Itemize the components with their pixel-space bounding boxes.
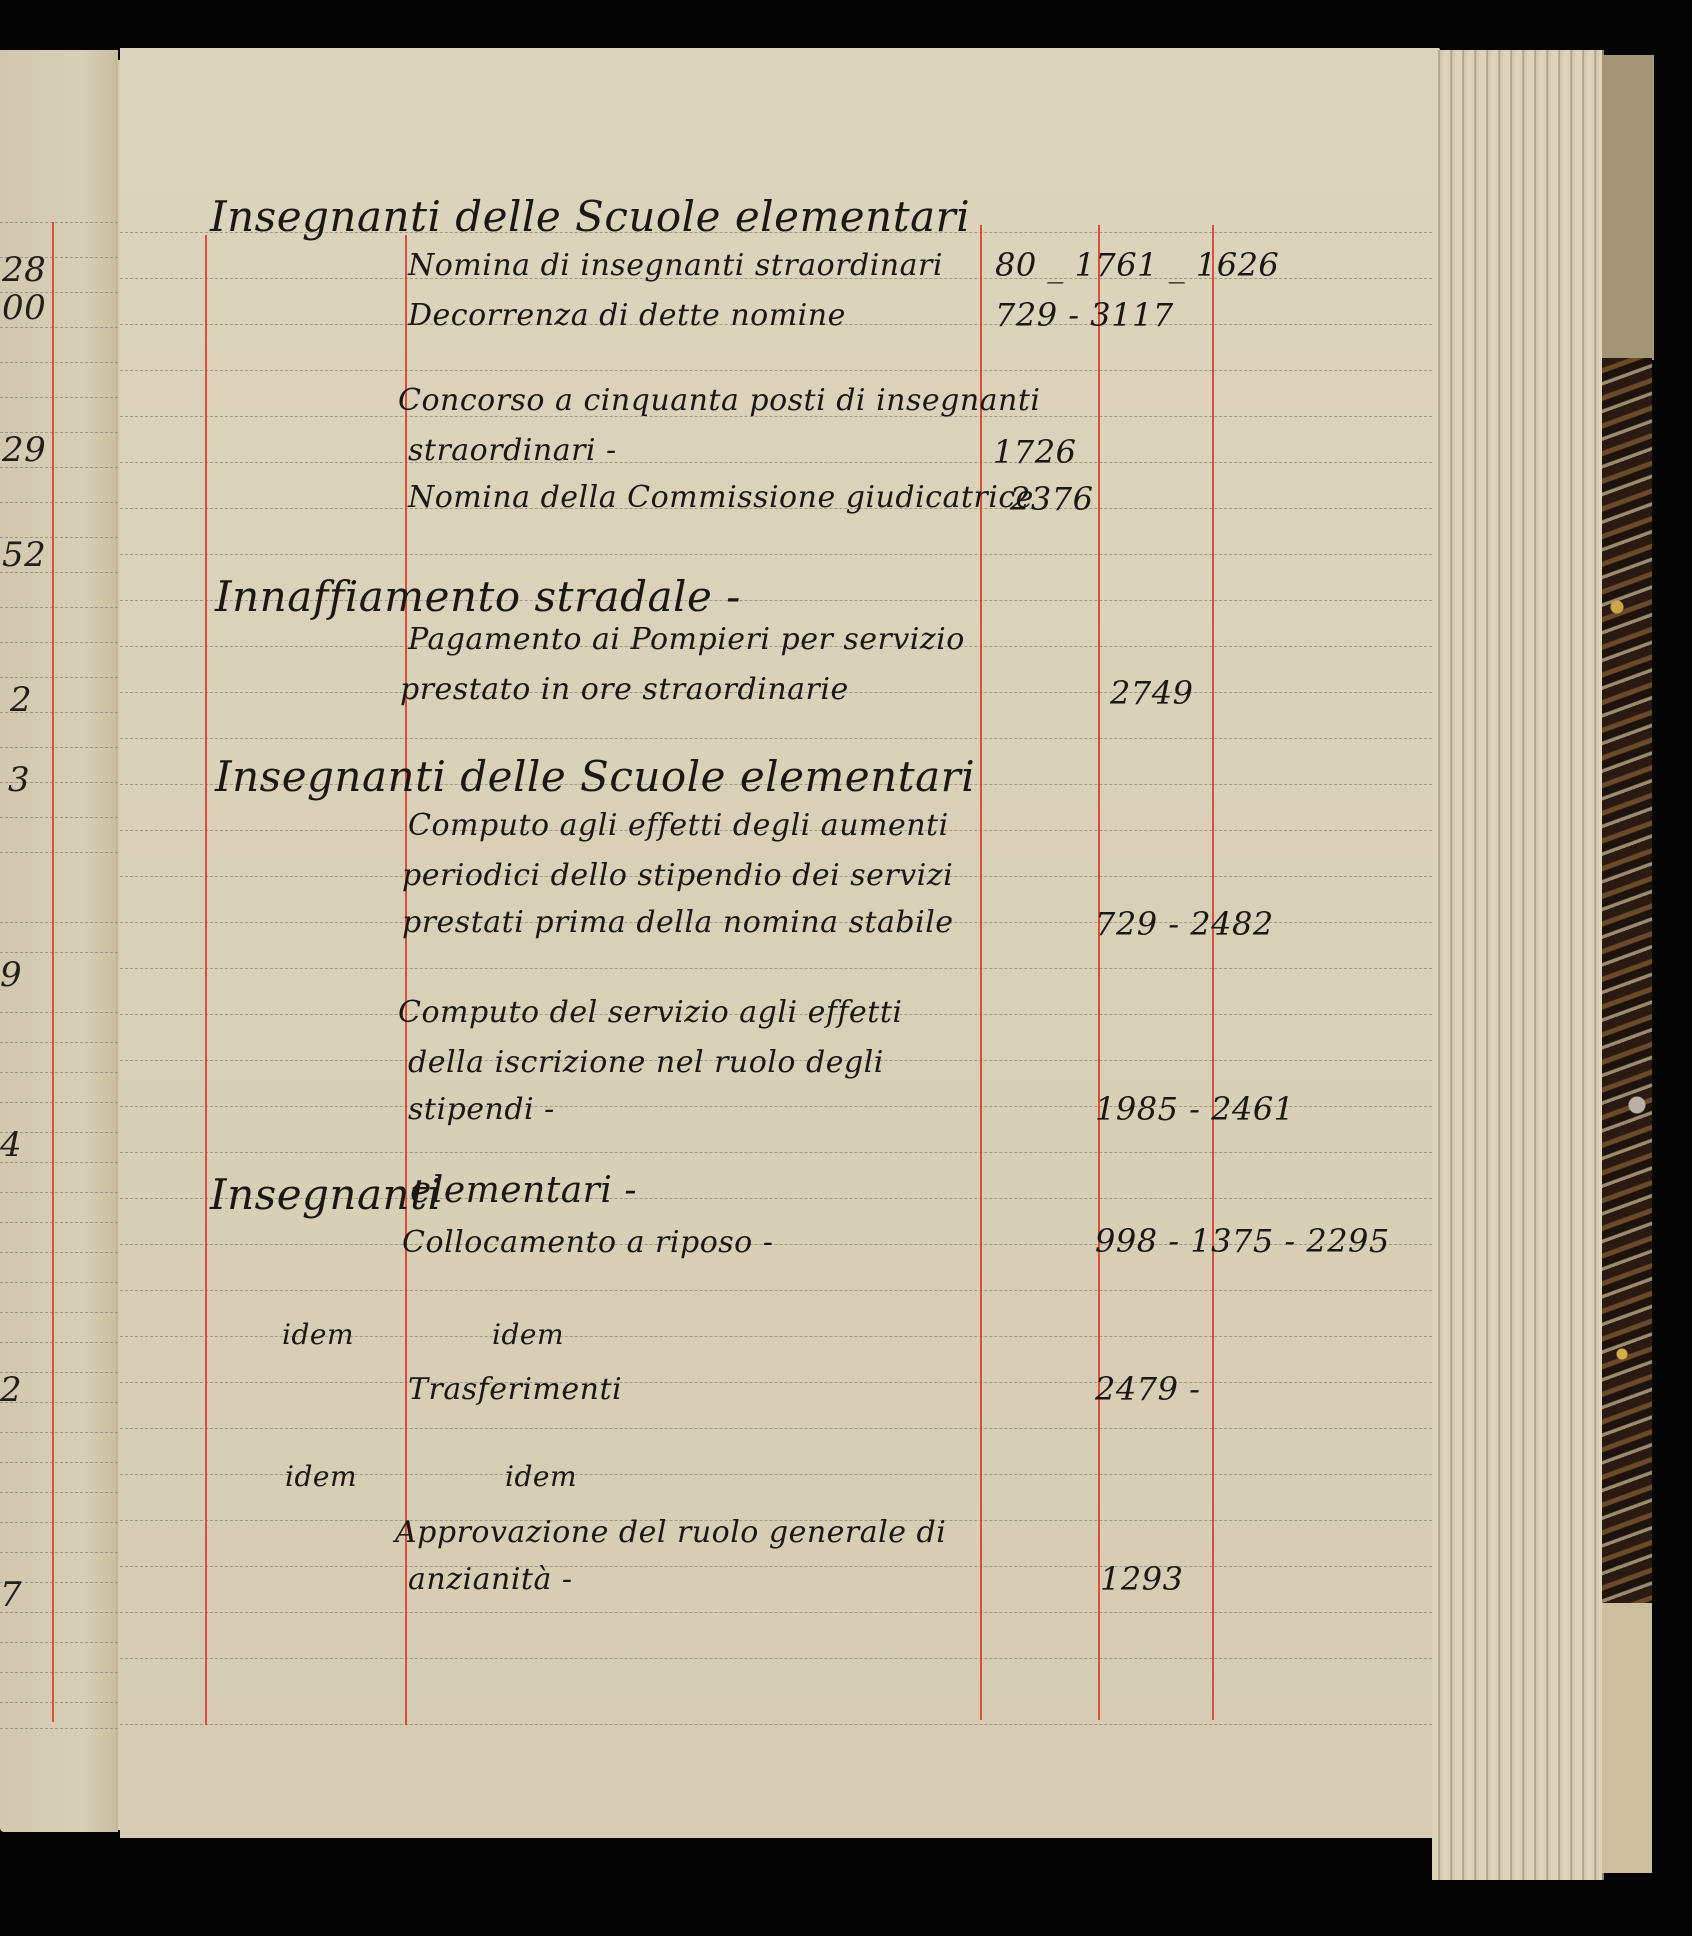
entry-subject-continuation-idem: idem [505, 1460, 577, 1493]
entry-subject-heading: Insegnanti [210, 1170, 441, 1219]
ruled-line [0, 1342, 118, 1343]
ruled-line [0, 852, 118, 853]
left-margin-number: 28 [2, 250, 46, 290]
ruled-line [0, 1432, 118, 1433]
ruled-line [0, 397, 118, 398]
entry-item-text: anzianità - [408, 1562, 573, 1597]
left-margin-number: 4 [0, 1125, 22, 1165]
ruled-line [120, 554, 1432, 555]
entry-subject-heading: Innaffiamento stradale - [215, 572, 741, 621]
ruled-line [120, 1612, 1432, 1613]
entry-item-refs: 80 _ 1761 _ 1626 [995, 246, 1279, 284]
entry-item-refs: 1985 - 2461 [1095, 1090, 1295, 1128]
page-block-edges [1432, 50, 1604, 1880]
ruled-line [0, 1552, 118, 1553]
ruled-line [0, 952, 118, 953]
entry-item-refs: 2479 - [1095, 1370, 1200, 1408]
entry-item-text: Nomina della Commissione giudicatrice [408, 480, 1034, 515]
ruled-line [120, 1152, 1432, 1153]
entry-item-text: prestato in ore straordinarie [400, 672, 849, 707]
ruled-line [120, 1724, 1432, 1725]
entry-item-refs: 729 - 2482 [1095, 905, 1274, 943]
ruled-line [120, 968, 1432, 969]
ruled-line [0, 1012, 118, 1013]
scanned-ledger: 28 00 29 52 2 3 9 4 2 7 Insegnanti delle… [0, 0, 1692, 1936]
ruled-line [0, 607, 118, 608]
entry-item-text: Collocamento a riposo - [402, 1225, 773, 1260]
ruled-line [0, 1102, 118, 1103]
left-margin-number: 7 [0, 1575, 22, 1615]
entry-subject-continuation-idem: idem [492, 1318, 564, 1351]
entry-item-text: Computo agli effetti degli aumenti [408, 808, 949, 843]
ruled-line [0, 922, 118, 923]
ruled-line [120, 1428, 1432, 1429]
left-margin-number: 00 [2, 288, 46, 328]
ruled-line [120, 1290, 1432, 1291]
cover-corner-bottom [1602, 1603, 1652, 1873]
entry-subject-continuation: elementari - [410, 1170, 637, 1211]
entry-item-text: periodici dello stipendio dei servizi [402, 858, 953, 893]
left-page-red-line [52, 222, 54, 1722]
left-margin-number: 2 [0, 1370, 22, 1410]
entry-item-text: Computo del servizio agli effetti [398, 995, 903, 1030]
entry-item-text: Concorso a cinquanta posti di insegnanti [398, 383, 1041, 418]
entry-item-refs: 2376 [1010, 480, 1093, 518]
ruled-line [0, 677, 118, 678]
ruled-line [0, 1042, 118, 1043]
ruled-line [0, 817, 118, 818]
entry-item-text: stipendi - [408, 1092, 555, 1127]
ruled-line [120, 738, 1432, 739]
entry-item-refs: 729 - 3117 [995, 296, 1174, 334]
ruled-line [0, 1192, 118, 1193]
red-column-line-subject [205, 235, 207, 1725]
ruled-line [0, 1282, 118, 1283]
ruled-line [0, 1702, 118, 1703]
ruled-line [0, 1072, 118, 1073]
entry-item-text: prestati prima della nomina stabile [402, 905, 954, 940]
ruled-line [0, 1222, 118, 1223]
cover-corner-top [1602, 55, 1654, 360]
red-column-line-refs-1 [980, 225, 982, 1720]
left-margin-number: 3 [8, 760, 30, 800]
ruled-line [0, 1462, 118, 1463]
ruled-line [0, 1522, 118, 1523]
entry-item-text: Nomina di insegnanti straordinari [408, 248, 943, 283]
entry-item-text: Decorrenza di dette nomine [408, 298, 846, 333]
entry-item-text: Approvazione del ruolo generale di [395, 1515, 946, 1550]
red-column-line-refs-3 [1212, 225, 1214, 1720]
entry-item-refs: 1293 [1100, 1560, 1183, 1598]
entry-item-text: Trasferimenti [408, 1372, 622, 1407]
entry-item-text: della iscrizione nel ruolo degli [408, 1045, 884, 1080]
ruled-line [0, 1252, 118, 1253]
ruled-line [120, 1658, 1432, 1659]
ruled-line [0, 1492, 118, 1493]
ruled-line [120, 1566, 1432, 1567]
ruled-line [0, 1642, 118, 1643]
ruled-line [0, 1672, 118, 1673]
left-margin-number: 2 [10, 680, 32, 720]
ruled-line [0, 222, 118, 223]
entry-item-text: Pagamento ai Pompieri per servizio [408, 622, 965, 657]
entry-item-refs: 998 - 1375 - 2295 [1095, 1222, 1390, 1260]
ruled-line [0, 362, 118, 363]
ruled-line [0, 642, 118, 643]
ruled-line [120, 370, 1432, 371]
ruled-line [120, 1382, 1432, 1383]
ruled-line [0, 1728, 118, 1729]
entry-subject-heading: Insegnanti delle Scuole elementari [210, 192, 970, 241]
left-margin-number: 29 [2, 430, 46, 470]
ruled-line [0, 1312, 118, 1313]
entry-subject-heading: Insegnanti delle Scuole elementari [215, 752, 975, 801]
entry-item-refs: 1726 [993, 433, 1076, 471]
entry-subject-idem: idem [282, 1318, 354, 1351]
ruled-line [0, 502, 118, 503]
red-column-line-description [405, 235, 407, 1725]
ruled-line [0, 747, 118, 748]
left-margin-number: 9 [0, 955, 22, 995]
marbled-cover-edge [1602, 358, 1652, 1603]
entry-subject-idem: idem [285, 1460, 357, 1493]
ruled-line [120, 462, 1432, 463]
left-margin-number: 52 [2, 535, 46, 575]
entry-item-refs: 2749 [1110, 674, 1193, 712]
red-column-line-refs-2 [1098, 225, 1100, 1720]
entry-item-text: straordinari - [408, 433, 617, 468]
